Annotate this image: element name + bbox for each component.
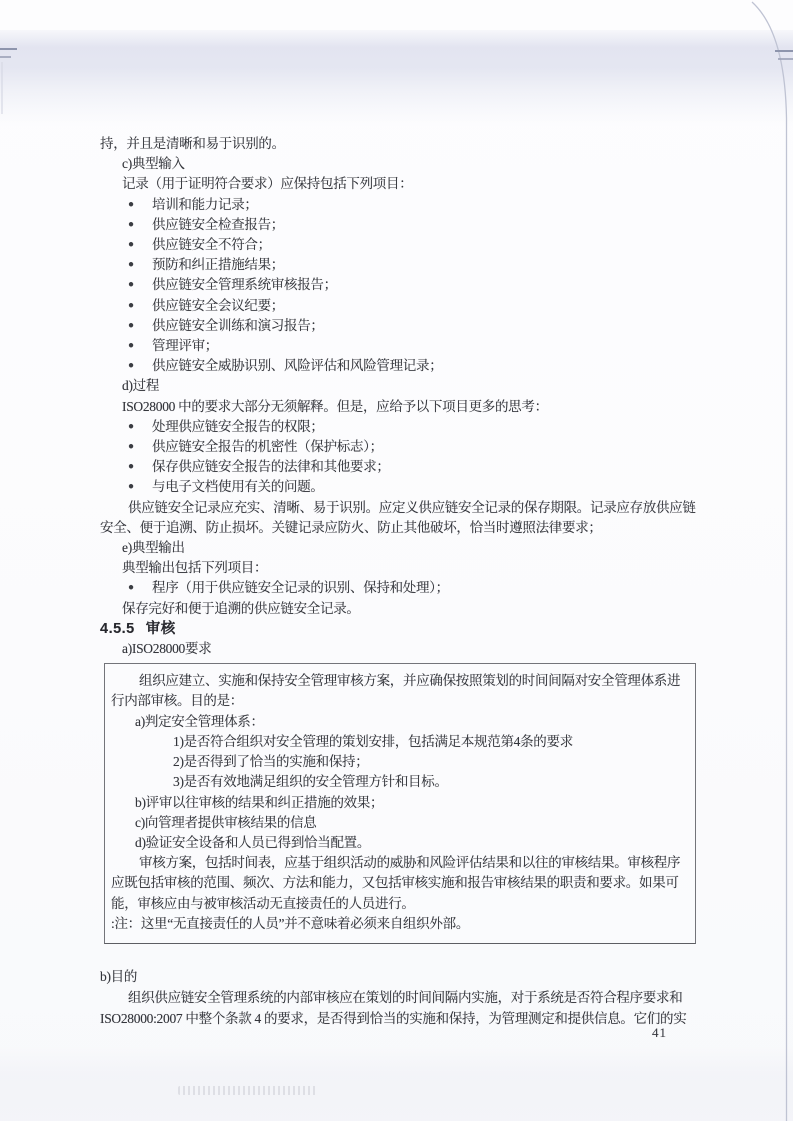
bullet-icon: ● <box>128 296 134 316</box>
list-item-text: 供应链安全训练和演习报告； <box>152 318 324 333</box>
bullet-icon: ● <box>128 477 134 497</box>
box-item-a3: 3)是否有效地满足组织的安全管理方针和目标。 <box>173 772 687 792</box>
list-item-text: 供应链安全会议纪要； <box>152 298 284 313</box>
bullet-icon: ● <box>128 578 134 598</box>
typical-output-list: ●程序（用于供应链安全记录的识别、保持和处理）； <box>100 578 700 598</box>
list-item-text: 保存供应链安全报告的法律和其他要求； <box>152 459 390 474</box>
section-c-intro: 记录（用于证明符合要求）应保持包括下列项目： <box>122 174 700 194</box>
list-item: ●供应链安全会议纪要； <box>100 296 700 316</box>
document-body: 持，并且是清晰和易于识别的。 c)典型输入 记录（用于证明符合要求）应保持包括下… <box>100 134 700 1029</box>
list-item: ●供应链安全威胁识别、风险评估和风险管理记录； <box>100 356 700 376</box>
list-item: ●程序（用于供应链安全记录的识别、保持和处理）； <box>100 578 700 598</box>
bullet-icon: ● <box>128 235 134 255</box>
bullet-icon: ● <box>128 316 134 336</box>
paragraph-continuation: 持，并且是清晰和易于识别的。 <box>100 134 700 154</box>
list-item-text: 预防和纠正措施结果； <box>152 257 284 272</box>
list-item: ●供应链安全管理系统审核报告； <box>100 275 700 295</box>
list-item-text: 供应链安全报告的机密性（保护标志）； <box>152 439 383 454</box>
box-paragraph-2: 审核方案，包括时间表，应基于组织活动的威胁和风险评估结果和以往的审核结果。审核程… <box>111 853 687 914</box>
list-item-text: 供应链安全不符合； <box>152 237 271 252</box>
scan-artifact-speckles <box>178 1086 318 1095</box>
box-item-a2: 2)是否得到了恰当的实施和保持； <box>173 752 687 772</box>
section-b-label: b)目的 <box>100 967 700 987</box>
list-item-text: 培训和能力记录； <box>152 197 258 212</box>
bullet-icon: ● <box>128 215 134 235</box>
bullet-icon: ● <box>128 417 134 437</box>
list-item-text: 供应链安全检查报告； <box>152 217 284 232</box>
list-item-text: 处理供应链安全报告的权限； <box>152 419 324 434</box>
heading-text: 审核 <box>146 621 176 637</box>
section-c-label: c)典型输入 <box>122 154 700 174</box>
scanned-document-page: 持，并且是清晰和易于识别的。 c)典型输入 记录（用于证明符合要求）应保持包括下… <box>0 0 793 1121</box>
bullet-icon: ● <box>128 336 134 356</box>
page-number: 41 <box>652 1025 667 1041</box>
list-item-text: 供应链安全管理系统审核报告； <box>152 277 337 292</box>
bullet-icon: ● <box>128 255 134 275</box>
section-e-closing: 保存完好和便于追溯的供应链安全记录。 <box>122 599 700 619</box>
scan-artifact-bottom-band <box>0 1046 793 1121</box>
bullet-icon: ● <box>128 437 134 457</box>
box-paragraph-1: 组织应建立、实施和保持安全管理审核方案，并应确保按照策划的时间间隔对安全管理体系… <box>111 671 687 711</box>
list-item-text: 供应链安全威胁识别、风险评估和风险管理记录； <box>152 358 442 373</box>
bullet-icon: ● <box>128 275 134 295</box>
list-item: ●培训和能力记录； <box>100 195 700 215</box>
list-item: ●供应链安全报告的机密性（保护标志）； <box>100 437 700 457</box>
iso28000-requirement-label: a)ISO28000要求 <box>122 639 700 659</box>
scan-artifact-top-band <box>0 30 793 126</box>
bullet-icon: ● <box>128 356 134 376</box>
typical-input-records-list: ●培训和能力记录； ●供应链安全检查报告； ●供应链安全不符合； ●预防和纠正措… <box>100 195 700 377</box>
heading-number: 4.5.5 <box>100 621 135 637</box>
section-d-label: d)过程 <box>122 376 700 396</box>
section-b-paragraph: 组织供应链安全管理系统的内部审核应在策划的时间间隔内实施，对于系统是否符合程序要… <box>100 987 700 1029</box>
box-item-d: d)验证安全设备和人员已得到恰当配置。 <box>135 833 687 853</box>
list-item-text: 程序（用于供应链安全记录的识别、保持和处理）； <box>152 580 449 595</box>
process-considerations-list: ●处理供应链安全报告的权限； ●供应链安全报告的机密性（保护标志）； ●保存供应… <box>100 417 700 498</box>
list-item-text: 管理评审； <box>152 338 218 353</box>
records-requirements-paragraph: 供应链安全记录应充实、清晰、易于识别。应定义供应链安全记录的保存期限。记录应存放… <box>100 498 700 538</box>
box-item-a1: 1)是否符合组织对安全管理的策划安排，包括满足本规范第4条的要求 <box>173 732 687 752</box>
list-item: ●保存供应链安全报告的法律和其他要求； <box>100 457 700 477</box>
iso28000-requirement-box: 组织应建立、实施和保持安全管理审核方案，并应确保按照策划的时间间隔对安全管理体系… <box>104 663 696 944</box>
section-e-label: e)典型输出 <box>122 538 700 558</box>
section-e-intro: 典型输出包括下列项目： <box>122 558 700 578</box>
list-item: ●预防和纠正措施结果； <box>100 255 700 275</box>
list-item: ●供应链安全不符合； <box>100 235 700 255</box>
list-item-text: 与电子文档使用有关的问题。 <box>152 479 324 494</box>
bullet-icon: ● <box>128 457 134 477</box>
section-heading-4-5-5: 4.5.5审核 <box>100 619 700 639</box>
list-item: ●与电子文档使用有关的问题。 <box>100 477 700 497</box>
bullet-icon: ● <box>128 195 134 215</box>
list-item: ●供应链安全检查报告； <box>100 215 700 235</box>
box-note: :注：这里“无直接责任的人员”并不意味着必须来自组织外部。 <box>111 914 687 934</box>
box-item-a: a)判定安全管理体系： <box>135 712 687 732</box>
box-item-b: b)评审以往审核的结果和纠正措施的效果； <box>135 793 687 813</box>
list-item: ●处理供应链安全报告的权限； <box>100 417 700 437</box>
list-item: ●供应链安全训练和演习报告； <box>100 316 700 336</box>
box-item-c: c)向管理者提供审核结果的信息 <box>135 813 687 833</box>
section-d-intro: ISO28000 中的要求大部分无须解释。但是，应给予以下项目更多的思考： <box>122 397 700 417</box>
list-item: ●管理评审； <box>100 336 700 356</box>
